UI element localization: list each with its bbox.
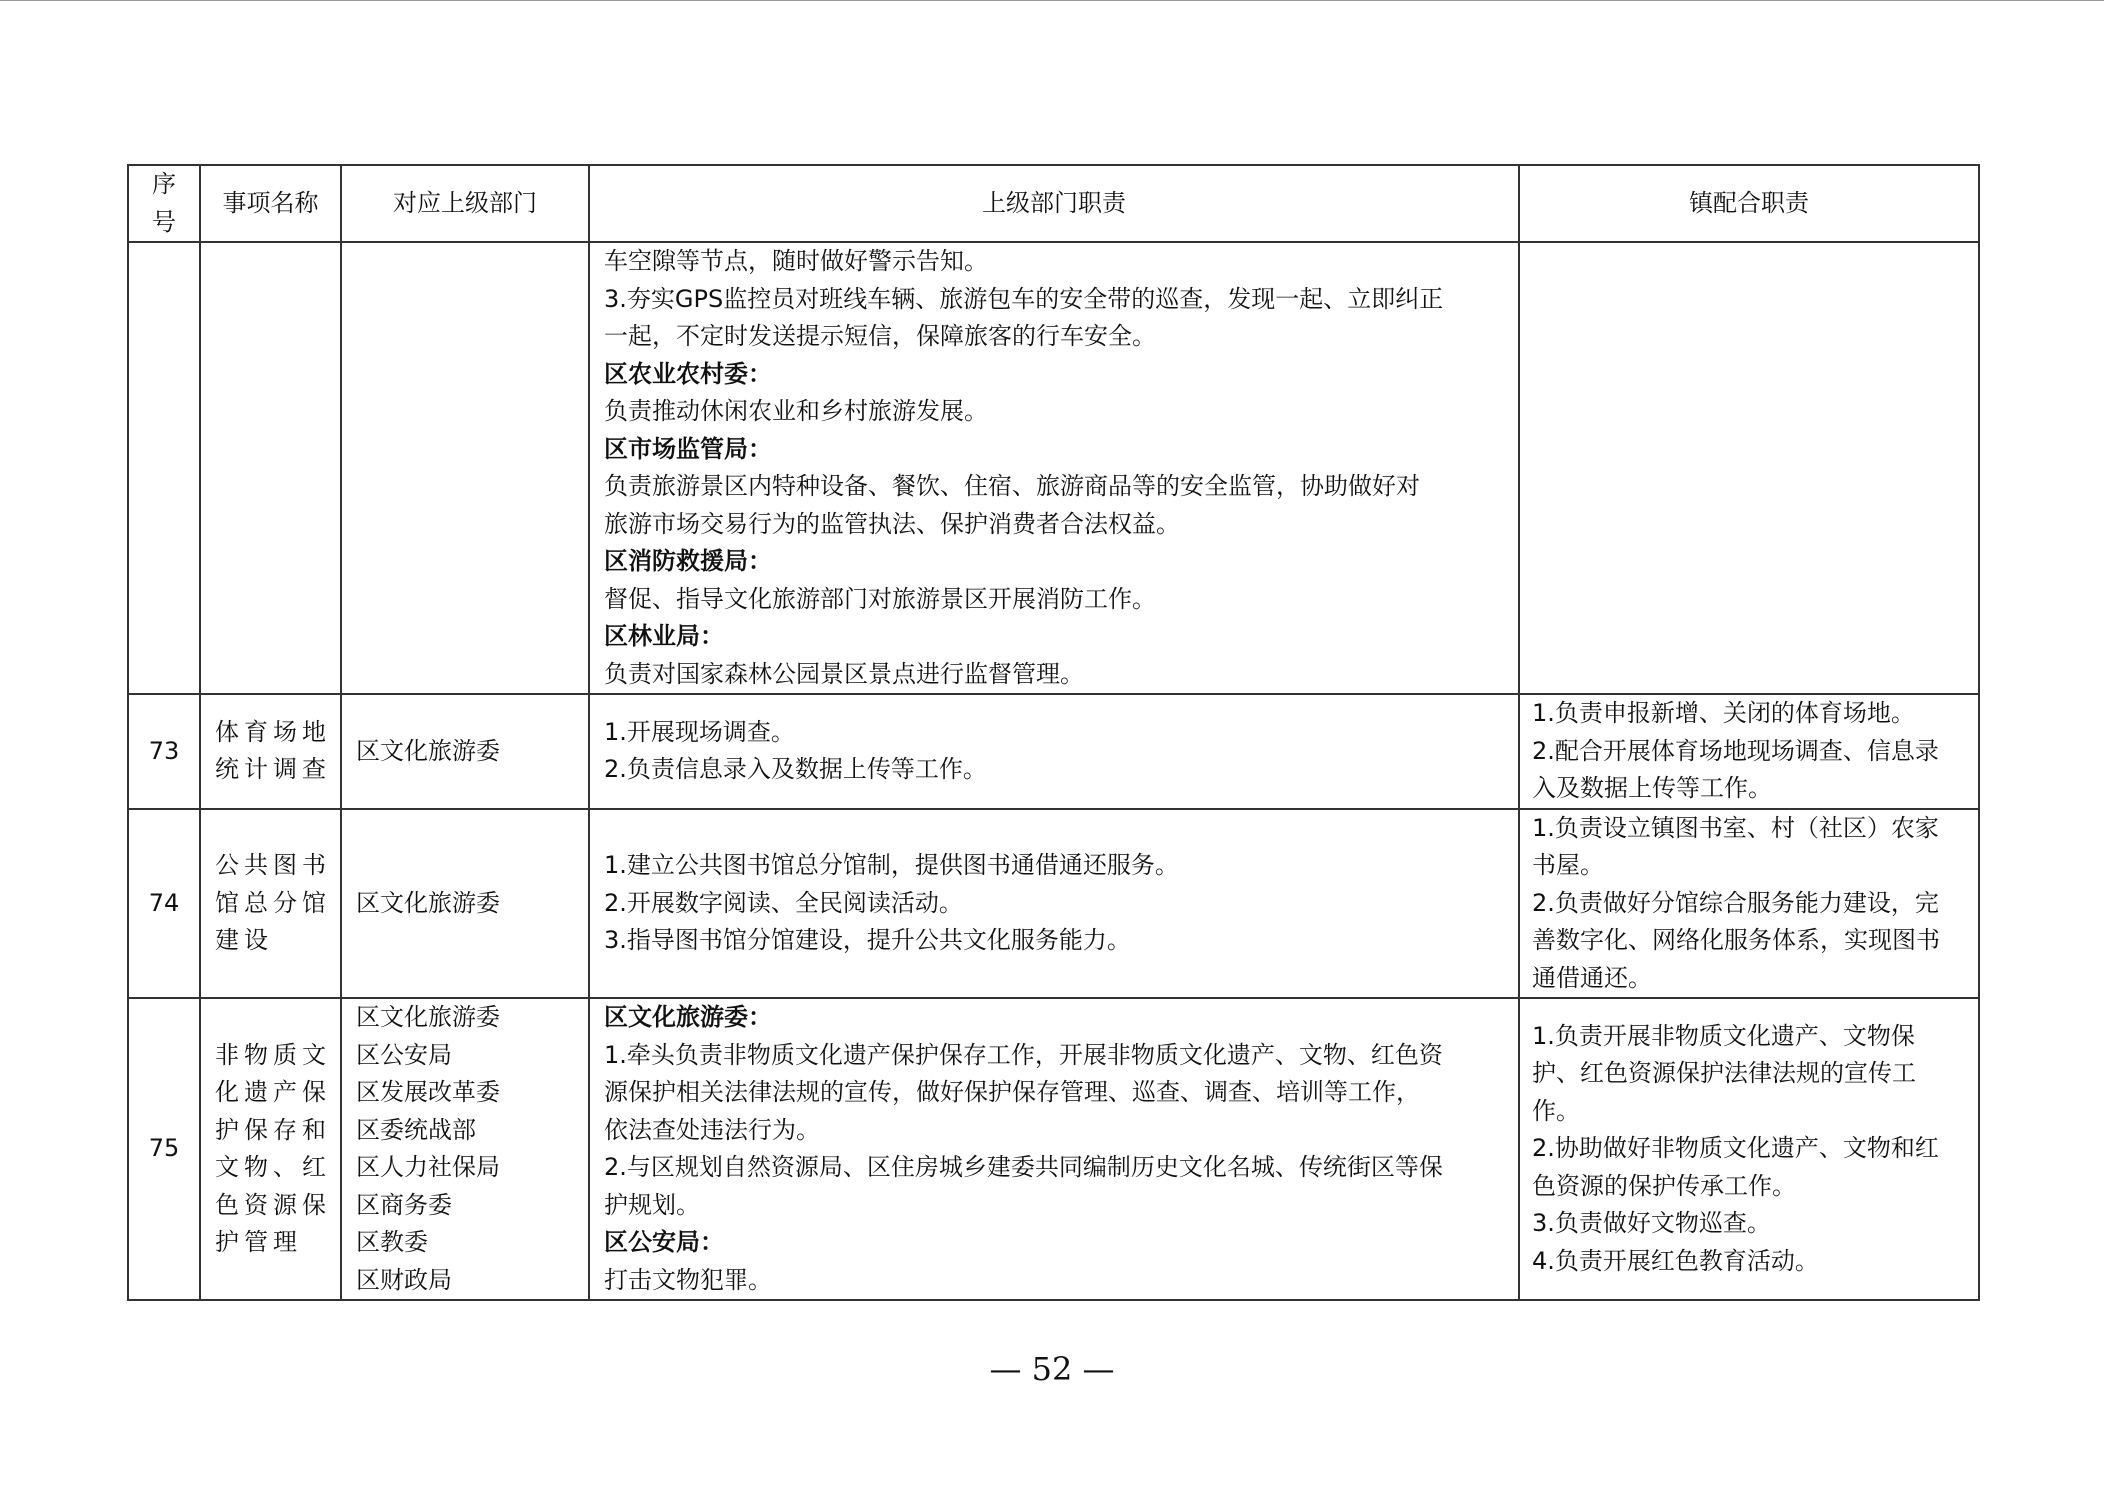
duty-line: 负责对国家森林公园景区景点进行监督管理。 <box>604 656 1504 694</box>
header-index: 序 号 <box>128 165 200 242</box>
table-row: 75 非物质文 化遗产保 护保存和 文物、红 色资源保 护管理 区文化旅游委 区… <box>128 998 1979 1300</box>
row-superior-dept <box>341 242 589 694</box>
duty-dept-heading: 区农业农村委： <box>604 356 1504 394</box>
page-number: — 52 — <box>0 1350 2104 1388</box>
duty-line: 3.夯实GPS监控员对班线车辆、旅游包车的安全带的巡查，发现一起、立即纠正 <box>604 281 1504 319</box>
item-name-line: 护管理 <box>215 1224 330 1262</box>
table-header-row: 序 号 事项名称 对应上级部门 上级部门职责 镇配合职责 <box>128 165 1979 242</box>
duty-line: 2.负责信息录入及数据上传等工作。 <box>604 751 1504 789</box>
dept-line: 区委统战部 <box>356 1112 574 1150</box>
town-duty-line: 入及数据上传等工作。 <box>1532 770 1966 808</box>
duty-line: 护规划。 <box>604 1187 1504 1225</box>
item-name-line: 体育场地 <box>215 714 330 752</box>
header-superior-duties: 上级部门职责 <box>589 165 1519 242</box>
duty-dept-heading: 区市场监管局： <box>604 431 1504 469</box>
table-row: 74 公共图书 馆总分馆 建设 区文化旅游委 1.建立公共图书馆总分馆制，提供图… <box>128 809 1979 999</box>
duty-line: 旅游市场交易行为的监管执法、保护消费者合法权益。 <box>604 506 1504 544</box>
row-index: 74 <box>128 809 200 999</box>
header-item-name: 事项名称 <box>200 165 341 242</box>
duty-dept-heading: 区林业局： <box>604 618 1504 656</box>
row-town-duties: 1.负责开展非物质文化遗产、文物保 护、红色资源保护法律法规的宣传工 作。 2.… <box>1519 998 1979 1300</box>
page-top-edge <box>0 0 2104 1</box>
row-item-name: 体育场地 统计调查 <box>200 694 341 809</box>
dept-line: 区人力社保局 <box>356 1149 574 1187</box>
duty-line: 1.开展现场调查。 <box>604 714 1504 752</box>
row-superior-duties: 车空隙等节点，随时做好警示告知。 3.夯实GPS监控员对班线车辆、旅游包车的安全… <box>589 242 1519 694</box>
town-duty-line: 护、红色资源保护法律法规的宣传工 <box>1532 1055 1966 1093</box>
duty-line: 打击文物犯罪。 <box>604 1262 1504 1300</box>
dept-line: 区发展改革委 <box>356 1074 574 1112</box>
town-duty-line: 色资源的保护传承工作。 <box>1532 1168 1966 1206</box>
table-row: 73 体育场地 统计调查 区文化旅游委 1.开展现场调查。 2.负责信息录入及数… <box>128 694 1979 809</box>
dept-line: 区商务委 <box>356 1187 574 1225</box>
town-duty-line: 善数字化、网络化服务体系，实现图书 <box>1532 922 1966 960</box>
item-name-line: 化遗产保 <box>215 1074 330 1112</box>
row-town-duties: 1.负责申报新增、关闭的体育场地。 2.配合开展体育场地现场调查、信息录 入及数… <box>1519 694 1979 809</box>
item-name-line: 护保存和 <box>215 1112 330 1150</box>
header-town-duties: 镇配合职责 <box>1519 165 1979 242</box>
town-duty-line: 1.负责申报新增、关闭的体育场地。 <box>1532 695 1966 733</box>
duty-dept-heading: 区文化旅游委： <box>604 999 1504 1037</box>
row-superior-duties: 1.建立公共图书馆总分馆制，提供图书通借通还服务。 2.开展数字阅读、全民阅读活… <box>589 809 1519 999</box>
duty-line: 督促、指导文化旅游部门对旅游景区开展消防工作。 <box>604 581 1504 619</box>
dept-line: 区文化旅游委 <box>356 885 574 923</box>
row-item-name: 非物质文 化遗产保 护保存和 文物、红 色资源保 护管理 <box>200 998 341 1300</box>
dept-line: 区教委 <box>356 1224 574 1262</box>
town-duty-line: 书屋。 <box>1532 847 1966 885</box>
duty-line: 1.建立公共图书馆总分馆制，提供图书通借通还服务。 <box>604 847 1504 885</box>
town-duty-line: 作。 <box>1532 1093 1966 1131</box>
row-item-name: 公共图书 馆总分馆 建设 <box>200 809 341 999</box>
dept-line: 区财政局 <box>356 1262 574 1300</box>
item-name-line: 统计调查 <box>215 751 330 789</box>
row-superior-dept: 区文化旅游委 区公安局 区发展改革委 区委统战部 区人力社保局 区商务委 区教委… <box>341 998 589 1300</box>
town-duty-line: 2.协助做好非物质文化遗产、文物和红 <box>1532 1130 1966 1168</box>
item-name-line: 建设 <box>215 922 330 960</box>
item-name-line: 非物质文 <box>215 1037 330 1075</box>
row-item-name <box>200 242 341 694</box>
duty-line: 负责旅游景区内特种设备、餐饮、住宿、旅游商品等的安全监管，协助做好对 <box>604 468 1504 506</box>
duty-line: 一起，不定时发送提示短信，保障旅客的行车安全。 <box>604 318 1504 356</box>
item-name-line: 公共图书 <box>215 847 330 885</box>
duty-dept-heading: 区消防救援局： <box>604 543 1504 581</box>
row-superior-duties: 1.开展现场调查。 2.负责信息录入及数据上传等工作。 <box>589 694 1519 809</box>
dept-line: 区文化旅游委 <box>356 733 574 771</box>
duty-line: 源保护相关法律法规的宣传，做好保护保存管理、巡查、调查、培训等工作， <box>604 1074 1504 1112</box>
row-town-duties <box>1519 242 1979 694</box>
duty-line: 负责推动休闲农业和乡村旅游发展。 <box>604 393 1504 431</box>
duty-line: 3.指导图书馆分馆建设，提升公共文化服务能力。 <box>604 922 1504 960</box>
town-duty-line: 1.负责开展非物质文化遗产、文物保 <box>1532 1018 1966 1056</box>
item-name-line: 文物、红 <box>215 1149 330 1187</box>
duties-table: 序 号 事项名称 对应上级部门 上级部门职责 镇配合职责 车空隙等节点，随时做好… <box>127 164 1980 1301</box>
row-index <box>128 242 200 694</box>
duty-line: 1.牵头负责非物质文化遗产保护保存工作，开展非物质文化遗产、文物、红色资 <box>604 1037 1504 1075</box>
dept-line: 区文化旅游委 <box>356 999 574 1037</box>
header-superior-dept: 对应上级部门 <box>341 165 589 242</box>
town-duty-line: 通借通还。 <box>1532 960 1966 998</box>
duty-line: 车空隙等节点，随时做好警示告知。 <box>604 243 1504 281</box>
town-duty-line: 2.负责做好分馆综合服务能力建设，完 <box>1532 885 1966 923</box>
row-superior-dept: 区文化旅游委 <box>341 694 589 809</box>
row-superior-dept: 区文化旅游委 <box>341 809 589 999</box>
duty-line: 2.开展数字阅读、全民阅读活动。 <box>604 885 1504 923</box>
header-index-line: 号 <box>129 204 199 242</box>
header-index-line: 序 <box>129 166 199 204</box>
row-superior-duties: 区文化旅游委： 1.牵头负责非物质文化遗产保护保存工作，开展非物质文化遗产、文物… <box>589 998 1519 1300</box>
item-name-line: 馆总分馆 <box>215 885 330 923</box>
duty-dept-heading: 区公安局： <box>604 1224 1504 1262</box>
town-duty-line: 4.负责开展红色教育活动。 <box>1532 1243 1966 1281</box>
row-index: 75 <box>128 998 200 1300</box>
town-duty-line: 2.配合开展体育场地现场调查、信息录 <box>1532 733 1966 771</box>
dept-line: 区公安局 <box>356 1037 574 1075</box>
duty-line: 依法查处违法行为。 <box>604 1112 1504 1150</box>
duty-line: 2.与区规划自然资源局、区住房城乡建委共同编制历史文化名城、传统街区等保 <box>604 1149 1504 1187</box>
town-duty-line: 3.负责做好文物巡查。 <box>1532 1205 1966 1243</box>
row-index: 73 <box>128 694 200 809</box>
table-row: 车空隙等节点，随时做好警示告知。 3.夯实GPS监控员对班线车辆、旅游包车的安全… <box>128 242 1979 694</box>
row-town-duties: 1.负责设立镇图书室、村（社区）农家 书屋。 2.负责做好分馆综合服务能力建设，… <box>1519 809 1979 999</box>
town-duty-line: 1.负责设立镇图书室、村（社区）农家 <box>1532 810 1966 848</box>
item-name-line: 色资源保 <box>215 1187 330 1225</box>
